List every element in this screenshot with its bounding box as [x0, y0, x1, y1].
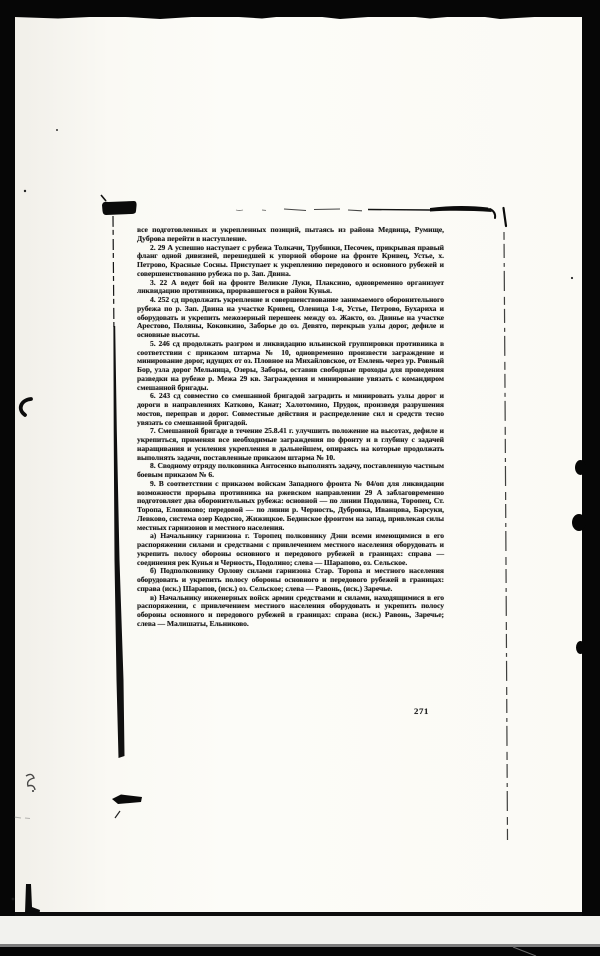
scan-frame-blob — [572, 514, 586, 531]
paragraph: 3. 22 А ведет бой на фронте Великие Луки… — [137, 279, 444, 297]
paragraph: 2. 29 А успешно наступает с рубежа Толка… — [137, 244, 444, 279]
scan-bottom-bar — [0, 947, 600, 956]
page-number: 271 — [414, 706, 429, 716]
paragraph: 9. В соответствии с приказом войскам Зап… — [137, 480, 444, 533]
scan-frame-right — [582, 0, 600, 916]
text-block: все подготовленных и укрепленных позиций… — [137, 226, 444, 629]
paragraph: 8. Сводному отряду полковника Антосенко … — [137, 462, 444, 480]
scan-bottom-strip — [0, 916, 600, 945]
paragraph: 5. 246 сд продолжать разгром и ликвидаци… — [137, 340, 444, 393]
paragraph: в) Начальнику инженерных войск армии сре… — [137, 594, 444, 629]
paragraph: 7. Смешанной бригаде в течение 25.8.41 г… — [137, 427, 444, 462]
scan-frame-blob — [575, 460, 586, 475]
scan-frame-blob — [576, 641, 585, 654]
paragraph: все подготовленных и укрепленных позиций… — [137, 226, 444, 244]
paragraph: 6. 243 сд совместно со смешанной бригадо… — [137, 392, 444, 427]
scan-frame-left — [0, 0, 15, 916]
paragraph: б) Подполковнику Орлову силами гарнизона… — [137, 567, 444, 593]
scanned-document-photo: все подготовленных и укрепленных позиций… — [0, 0, 600, 956]
paragraph: а) Начальнику гарнизона г. Торопец полко… — [137, 532, 444, 567]
paragraph: 4. 252 сд продолжать укрепление и соверш… — [137, 296, 444, 340]
